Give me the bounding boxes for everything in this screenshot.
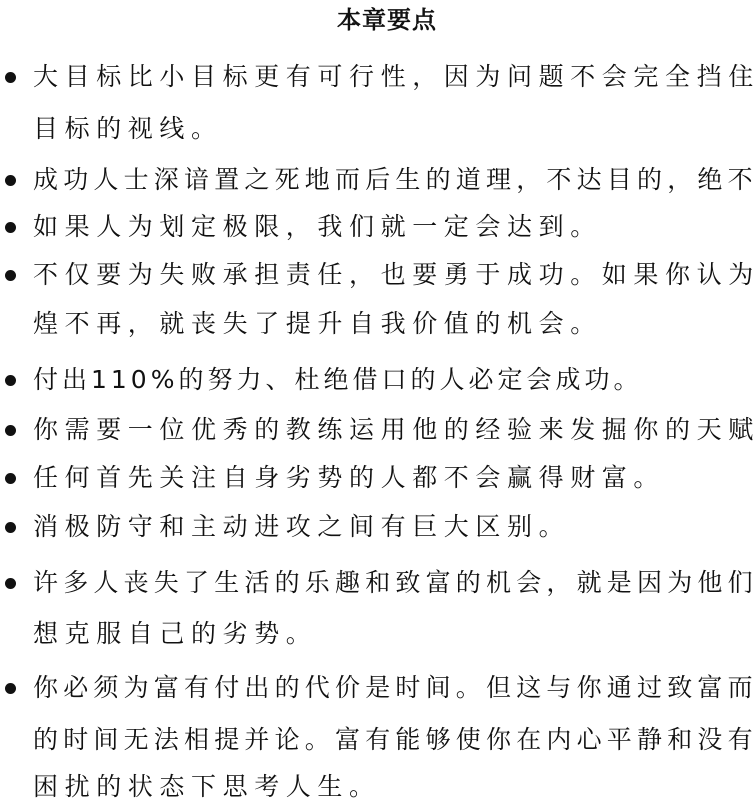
bullet-icon bbox=[5, 522, 16, 533]
bullet-icon bbox=[5, 683, 16, 694]
list-item-text: 成功人士深谙置之死地而后生的道理，不达目的，绝不罢休。 bbox=[33, 162, 754, 198]
bullet-icon bbox=[5, 175, 16, 186]
list-item-text: 许多人丧失了生活的乐趣和致富的机会，就是因为他们竭力 bbox=[33, 565, 754, 601]
list-item-text: 你必须为富有付出的代价是时间。但这与你通过致富而赢得 bbox=[33, 670, 754, 706]
bullet-icon bbox=[5, 222, 16, 233]
list-item-text: 如果人为划定极限，我们就一定会达到。 bbox=[33, 209, 602, 245]
page-title: 本章要点 bbox=[0, 2, 754, 38]
list-item-text: 的时间无法相提并论。富有能够使你在内心平静和没有金钱 bbox=[33, 722, 754, 758]
list-item-text: 大目标比小目标更有可行性，因为问题不会完全挡住通向大 bbox=[33, 59, 754, 95]
list-item-text: 不仅要为失败承担责任，也要勇于成功。如果你认为自己辉 bbox=[33, 257, 754, 293]
bullet-icon bbox=[5, 375, 16, 386]
list-item-text: 目标的视线。 bbox=[33, 111, 223, 147]
bullet-icon bbox=[5, 578, 16, 589]
list-item-text: 困扰的状态下思考人生。 bbox=[33, 769, 381, 800]
list-item-text: 你需要一位优秀的教练运用他的经验来发掘你的天赋。 bbox=[33, 412, 754, 448]
list-item-text: 任何首先关注自身劣势的人都不会赢得财富。 bbox=[33, 460, 665, 496]
list-item-text: 想克服自己的劣势。 bbox=[33, 616, 317, 652]
list-item-text: 付出110%的努力、杜绝借口的人必定会成功。 bbox=[33, 362, 642, 398]
bullet-icon bbox=[5, 473, 16, 484]
list-item-text: 煌不再，就丧失了提升自我价值的机会。 bbox=[33, 306, 602, 342]
bullet-icon bbox=[5, 72, 16, 83]
bullet-icon bbox=[5, 425, 16, 436]
list-item-text: 消极防守和主动进攻之间有巨大区别。 bbox=[33, 509, 570, 545]
bullet-icon bbox=[5, 270, 16, 281]
